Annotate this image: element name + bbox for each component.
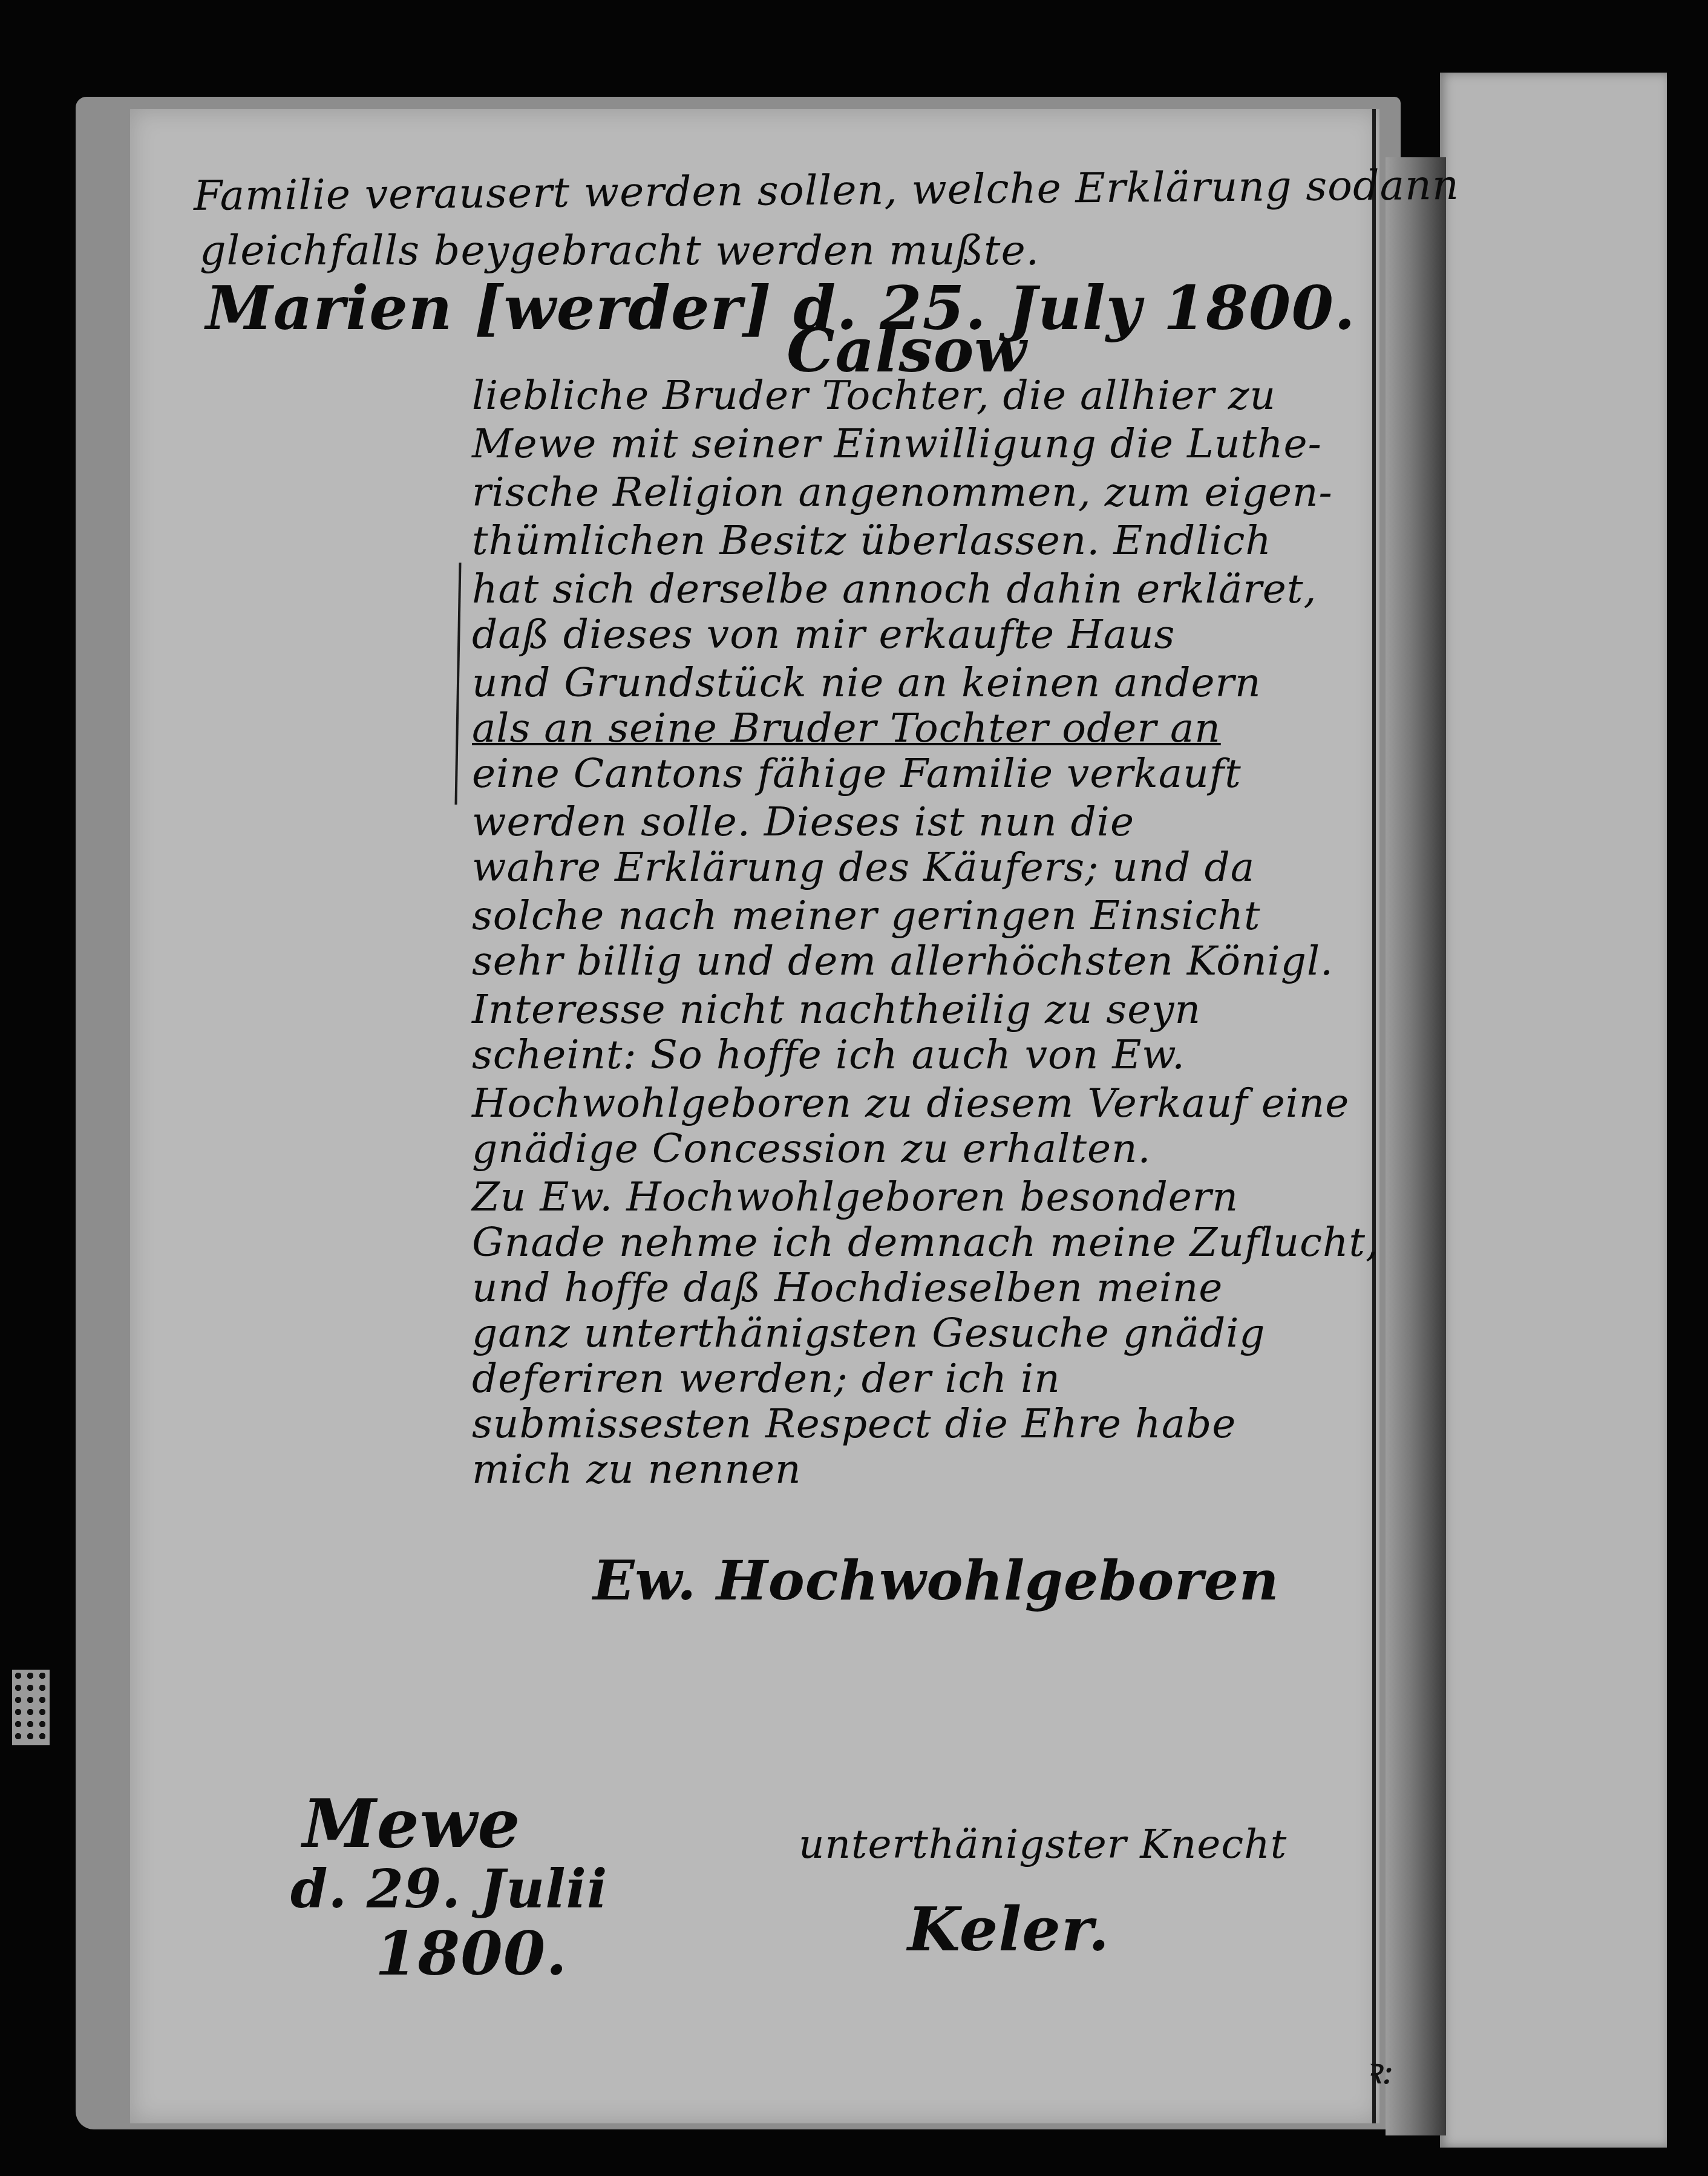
page-edge-line [1372,109,1376,2123]
body-line: solche nach meiner geringen Einsicht [472,892,1260,939]
body-line: thümlichen Besitz überlassen. Endlich [472,517,1272,564]
body-line: deferiren werden; der ich in [472,1355,1061,1402]
perforated-tab [12,1670,50,1745]
body-line: Gnade nehme ich demnach meine Zuflucht, [472,1219,1379,1266]
body-line: als an seine Bruder Tochter oder an [472,705,1221,751]
body-line: und Grundstück nie an keinen andern [472,659,1261,706]
body-line: scheint: So hoffe ich auch von Ew. [472,1031,1185,1078]
body-line: wahre Erklärung des Käufers; und da [472,844,1255,890]
continuation-line: gleichfalls beygebracht werden mußte. [200,227,1039,275]
body-line: Zu Ew. Hochwohlgeboren besondern [472,1174,1238,1220]
body-line: und hoffe daß Hochdieselben meine [472,1264,1223,1311]
body-line: ganz unterthänigsten Gesuche gnädig [472,1310,1266,1356]
body-line: Mewe mit seiner Einwilligung die Luthe- [472,420,1322,467]
body-line: eine Cantons fähige Familie verkauft [472,750,1242,797]
body-line: Interesse nicht nachtheilig zu seyn [472,986,1201,1033]
body-line: Hochwohlgeboren zu diesem Verkauf eine [472,1080,1349,1126]
body-line: submissesten Respect die Ehre habe [472,1400,1236,1447]
body-line: werden solle. Dieses ist nun die [472,799,1134,845]
body-line: gnädige Concession zu erhalten. [472,1125,1151,1172]
body-line: sehr billig und dem allerhöchsten Königl… [472,938,1333,984]
signature: Keler. [908,1893,1110,1965]
year: 1800. [375,1918,568,1989]
place: Mewe [303,1785,520,1863]
body-line: hat sich derselbe annoch dahin erkläret, [472,566,1317,612]
salutation: Ew. Hochwohlgeboren [593,1549,1279,1613]
body-line: liebliche Bruder Tochter, die allhier zu [472,372,1276,419]
body-line: daß dieses von mir erkaufte Haus [472,611,1175,658]
margin-mark: ꝛ: [1364,2045,1394,2094]
closing: unterthänigster Knecht [799,1821,1287,1867]
body-line: mich zu nennen [472,1446,802,1492]
date-line: d. 29. Julii [290,1857,607,1920]
dated-note: Marien [werder] d. 25. July 1800. [206,272,1356,344]
binding-fold [1386,157,1446,2135]
body-line: rische Religion angenommen, zum eigen- [472,469,1333,515]
adjacent-folio [1440,73,1667,2148]
scan-background: Familie verausert werden sollen, welche … [0,0,1708,2176]
